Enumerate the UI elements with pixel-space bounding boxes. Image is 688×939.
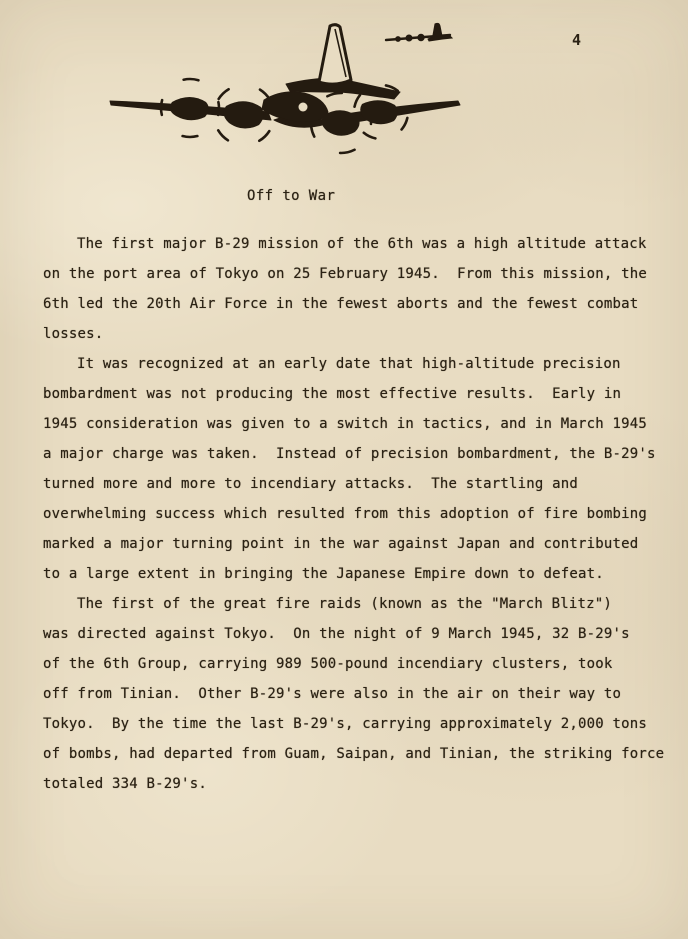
text-line: overwhelming success which resulted from… bbox=[43, 499, 675, 529]
document-page: 4 bbox=[0, 0, 688, 939]
text-line: It was recognized at an early date that … bbox=[43, 349, 675, 379]
text-line: marked a major turning point in the war … bbox=[43, 529, 675, 559]
text-line: a major charge was taken. Instead of pre… bbox=[43, 439, 675, 469]
page-number: 4 bbox=[572, 31, 581, 49]
text-line: of bombs, had departed from Guam, Saipan… bbox=[43, 739, 675, 769]
text-line: on the port area of Tokyo on 25 February… bbox=[43, 259, 675, 289]
body-text: The first major B-29 mission of the 6th … bbox=[43, 229, 675, 799]
text-line: 6th led the 20th Air Force in the fewest… bbox=[43, 289, 675, 319]
b29-sketch-illustration bbox=[98, 12, 480, 157]
text-line: totaled 334 B-29's. bbox=[43, 769, 675, 799]
text-line: The first of the great fire raids (known… bbox=[43, 589, 675, 619]
cockpit-window bbox=[299, 103, 308, 112]
text-line: of the 6th Group, carrying 989 500-pound… bbox=[43, 649, 675, 679]
text-line: off from Tinian. Other B-29's were also … bbox=[43, 679, 675, 709]
page-title: Off to War bbox=[247, 188, 335, 204]
text-line: The first major B-29 mission of the 6th … bbox=[43, 229, 675, 259]
text-line: bombardment was not producing the most e… bbox=[43, 379, 675, 409]
text-line: losses. bbox=[43, 319, 675, 349]
b29-bomber-drawing-icon bbox=[98, 12, 480, 157]
text-line: turned more and more to incendiary attac… bbox=[43, 469, 675, 499]
text-line: to a large extent in bringing the Japane… bbox=[43, 559, 675, 589]
distant-plane-icon bbox=[386, 23, 452, 41]
text-line: was directed against Tokyo. On the night… bbox=[43, 619, 675, 649]
text-line: 1945 consideration was given to a switch… bbox=[43, 409, 675, 439]
text-line: Tokyo. By the time the last B-29's, carr… bbox=[43, 709, 675, 739]
